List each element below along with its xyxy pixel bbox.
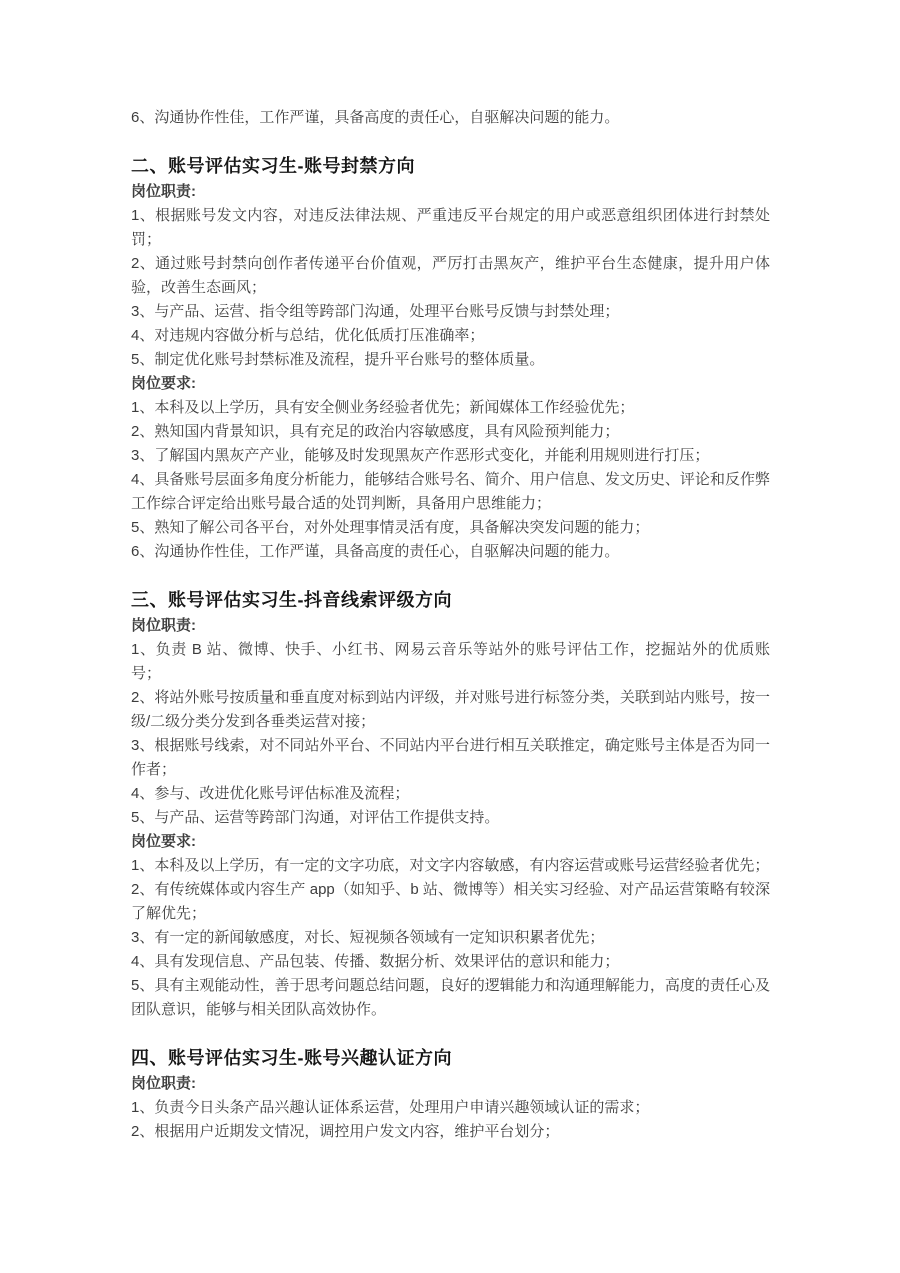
jd-duty-item: 3、根据账号线索，对不同站外平台、不同站内平台进行相互关联推定，确定账号主体是否… (131, 734, 770, 782)
jd-requirement-item: 5、具有主观能动性，善于思考问题总结问题，良好的逻辑能力和沟通理解能力，高度的责… (131, 974, 770, 1022)
jd-requirement-item: 6、沟通协作性佳，工作严谨，具备高度的责任心，自驱解决问题的能力。 (131, 540, 770, 564)
jd-requirement-item: 3、有一定的新闻敏感度，对长、短视频各领域有一定知识积累者优先； (131, 926, 770, 950)
jd-duty-item: 5、与产品、运营等跨部门沟通，对评估工作提供支持。 (131, 806, 770, 830)
jd-requirement-item: 2、有传统媒体或内容生产 app（如知乎、b 站、微博等）相关实习经验、对产品运… (131, 878, 770, 926)
section-title-3: 三、账号评估实习生-抖音线索评级方向 (131, 564, 770, 614)
jd-duty-item: 3、与产品、运营、指令组等跨部门沟通，处理平台账号反馈与封禁处理； (131, 300, 770, 324)
jd-requirement-item: 6、沟通协作性佳，工作严谨，具备高度的责任心，自驱解决问题的能力。 (131, 106, 770, 130)
job-description-document: 6、沟通协作性佳，工作严谨，具备高度的责任心，自驱解决问题的能力。 二、账号评估… (131, 106, 770, 1144)
jd-duty-item: 1、根据账号发文内容，对违反法律法规、严重违反平台规定的用户或恶意组织团体进行封… (131, 204, 770, 252)
duties-heading: 岗位职责: (131, 614, 770, 638)
duties-heading: 岗位职责: (131, 1072, 770, 1096)
jd-duty-item: 2、将站外账号按质量和垂直度对标到站内评级，并对账号进行标签分类，关联到站内账号… (131, 686, 770, 734)
jd-requirement-item: 1、本科及以上学历，具有安全侧业务经验者优先；新闻媒体工作经验优先； (131, 396, 770, 420)
jd-requirement-item: 2、熟知国内背景知识，具有充足的政治内容敏感度，具有风险预判能力； (131, 420, 770, 444)
jd-requirement-item: 5、熟知了解公司各平台，对外处理事情灵活有度，具备解决突发问题的能力； (131, 516, 770, 540)
jd-requirement-item: 4、具有发现信息、产品包装、传播、数据分析、效果评估的意识和能力； (131, 950, 770, 974)
requirements-heading: 岗位要求: (131, 372, 770, 396)
section-title-2: 二、账号评估实习生-账号封禁方向 (131, 130, 770, 180)
section-title-4: 四、账号评估实习生-账号兴趣认证方向 (131, 1022, 770, 1072)
document-page: 6、沟通协作性佳，工作严谨，具备高度的责任心，自驱解决问题的能力。 二、账号评估… (0, 0, 900, 1273)
jd-duty-item: 4、对违规内容做分析与总结，优化低质打压准确率； (131, 324, 770, 348)
jd-duty-item: 1、负责 B 站、微博、快手、小红书、网易云音乐等站外的账号评估工作，挖掘站外的… (131, 638, 770, 686)
jd-duty-item: 4、参与、改进优化账号评估标准及流程； (131, 782, 770, 806)
duties-heading: 岗位职责: (131, 180, 770, 204)
jd-requirement-item: 4、具备账号层面多角度分析能力，能够结合账号名、简介、用户信息、发文历史、评论和… (131, 468, 770, 516)
jd-duty-item: 2、通过账号封禁向创作者传递平台价值观，严厉打击黑灰产，维护平台生态健康，提升用… (131, 252, 770, 300)
jd-requirement-item: 1、本科及以上学历，有一定的文字功底，对文字内容敏感，有内容运营或账号运营经验者… (131, 854, 770, 878)
jd-duty-item: 5、制定优化账号封禁标准及流程，提升平台账号的整体质量。 (131, 348, 770, 372)
requirements-heading: 岗位要求: (131, 830, 770, 854)
jd-requirement-item: 3、了解国内黑灰产产业，能够及时发现黑灰产作恶形式变化，并能利用规则进行打压； (131, 444, 770, 468)
jd-duty-item: 2、根据用户近期发文情况，调控用户发文内容，维护平台划分； (131, 1120, 770, 1144)
jd-duty-item: 1、负责今日头条产品兴趣认证体系运营，处理用户申请兴趣领域认证的需求； (131, 1096, 770, 1120)
